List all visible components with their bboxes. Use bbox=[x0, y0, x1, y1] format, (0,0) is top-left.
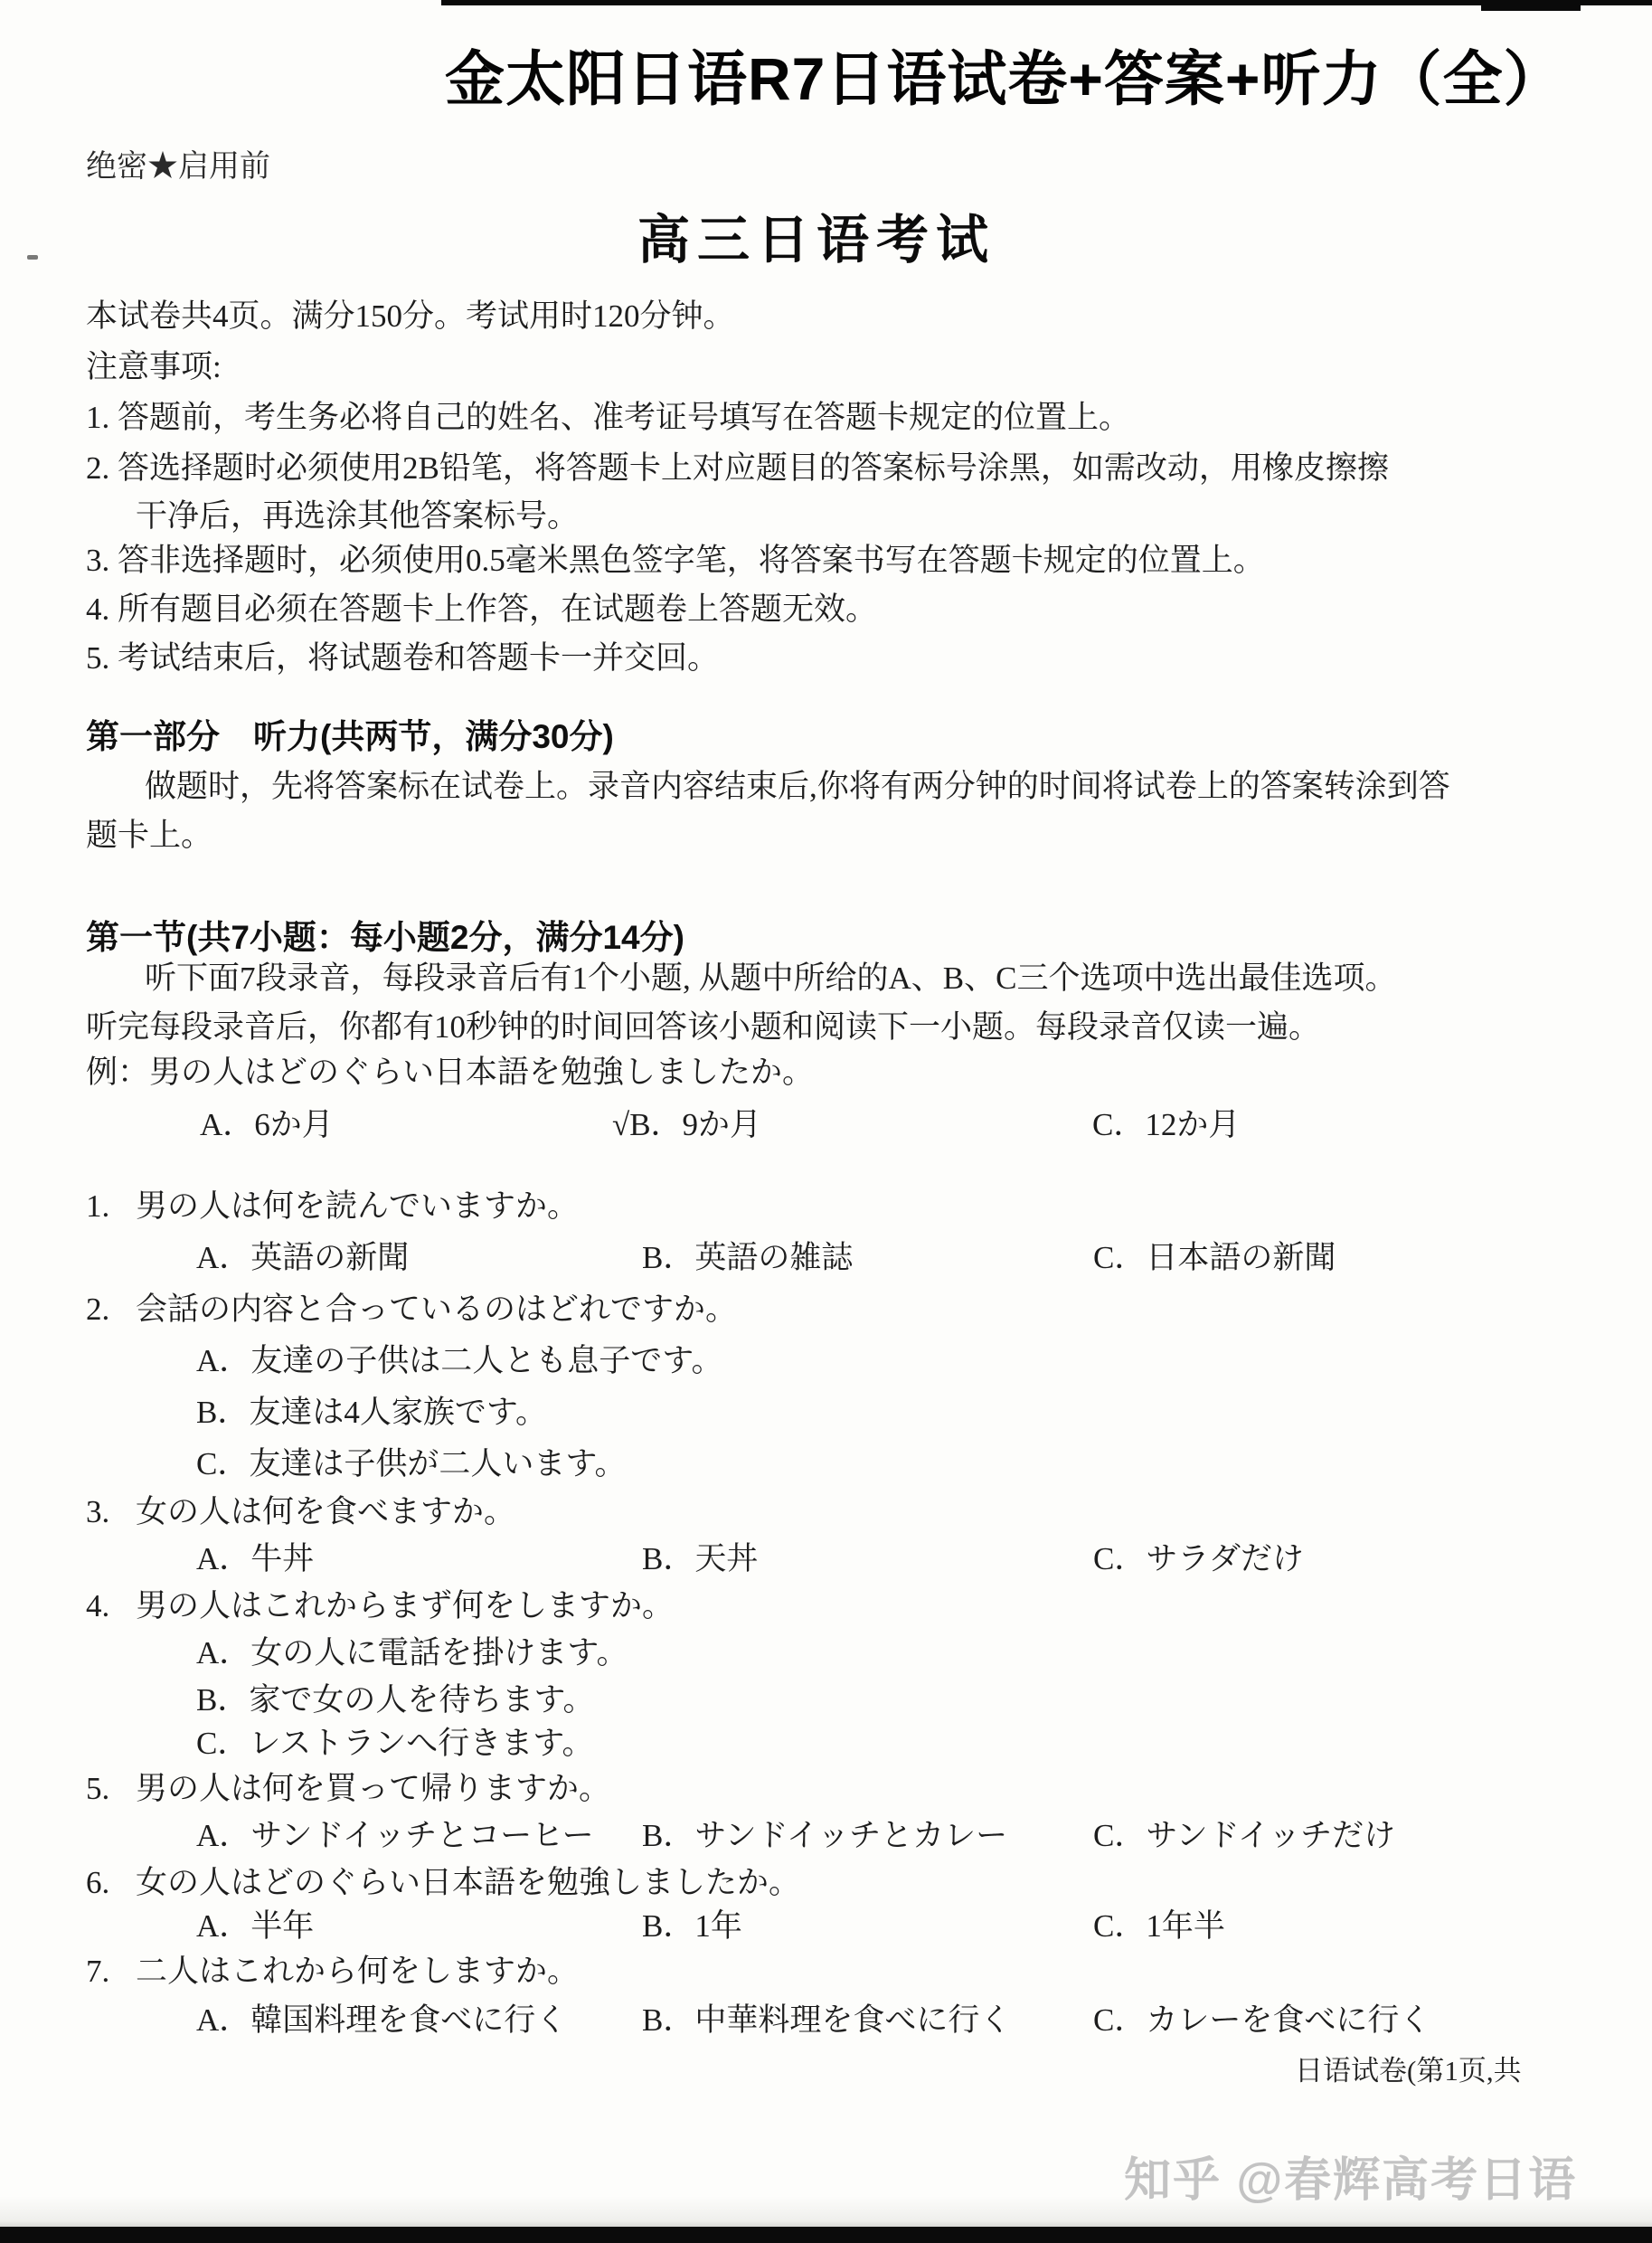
question-2: 2. 会話の内容と合っているのはどれですか。 bbox=[86, 1290, 737, 1330]
example-text: 男の人はどのぐらい日本語を勉強しましたか。 bbox=[149, 1055, 814, 1090]
option-b: B．サンドイッチとカレー bbox=[642, 1816, 1007, 1856]
option-a: A．牛丼 bbox=[196, 1539, 314, 1579]
option-b: B．1年 bbox=[642, 1907, 742, 1946]
question-text: 男の人は何を読んでいますか。 bbox=[136, 1187, 579, 1226]
section1-intro-line-1: 听下面7段录音，每段录音后有1个小题, 从题中所给的A、B、C三个选项中选出最佳… bbox=[86, 959, 1396, 998]
question-text: 女の人はどのぐらい日本語を勉強しましたか。 bbox=[136, 1863, 800, 1903]
notice-line-2: 2. 答选择题时必须使用2B铅笔，将答题卡上对应题目的答案标号涂黑，如需改动，用… bbox=[86, 449, 1389, 488]
question-number: 7. bbox=[86, 1952, 109, 1992]
option-b: B．天丼 bbox=[642, 1539, 758, 1579]
question-text: 男の人は何を買って帰りますか。 bbox=[136, 1769, 610, 1809]
exam-info: 本试卷共4页。满分150分。考试用时120分钟。 bbox=[86, 297, 735, 336]
notices-heading: 注意事项: bbox=[86, 347, 222, 387]
example-question: 例：男の人はどのぐらい日本語を勉強しましたか。 bbox=[86, 1053, 814, 1093]
question-number: 3. bbox=[86, 1492, 109, 1532]
option-c: C．1年半 bbox=[1093, 1907, 1225, 1946]
question-7-options: A．韓国料理を食べに行く B．中華料理を食べに行く C．カレーを食べに行く bbox=[86, 2001, 1569, 2046]
example-option-c: C．12か月 bbox=[1092, 1105, 1240, 1145]
option-b: B．中華料理を食べに行く bbox=[642, 2001, 1011, 2040]
part1-heading: 第一部分 听力(共两节，满分30分) bbox=[86, 716, 614, 758]
exam-paper-scan: 金太阳日语R7日语试卷+答案+听力（全） 绝密★启用前 高三日语考试 本试卷共4… bbox=[0, 0, 1652, 2243]
question-text: 男の人はこれからまず何をしますか。 bbox=[136, 1586, 674, 1626]
promo-title: 金太阳日语R7日语试卷+答案+听力（全） bbox=[445, 31, 1563, 117]
question-1-options: A．英語の新聞 B．英語の雑誌 C．日本語の新聞 bbox=[86, 1238, 1569, 1283]
scan-bottom-smudge bbox=[0, 2196, 1652, 2227]
example-option-row: A．6か月 √B．9か月 C．12か月 bbox=[86, 1105, 1569, 1150]
option-b: B．友達は4人家族です。 bbox=[86, 1393, 547, 1433]
question-7: 7. 二人はこれから何をしますか。 bbox=[86, 1952, 579, 1992]
question-3: 3. 女の人は何を食べますか。 bbox=[86, 1492, 515, 1532]
option-c: C．レストランへ行きます。 bbox=[86, 1724, 594, 1764]
question-4: 4. 男の人はこれからまず何をしますか。 bbox=[86, 1586, 674, 1626]
option-a: A．サンドイッチとコーヒー bbox=[196, 1816, 594, 1856]
option-c: C．カレーを食べに行く bbox=[1093, 2001, 1430, 2040]
option-b: B．家で女の人を待ちます。 bbox=[86, 1680, 595, 1720]
section1-intro-line-2: 听完每段录音后，你都有10秒钟的时间回答该小题和阅读下一小题。每段录音仅读一遍。 bbox=[86, 1008, 1320, 1047]
option-a: A．英語の新聞 bbox=[196, 1238, 409, 1278]
notice-line-1: 1. 答题前，考生务必将自己的姓名、准考证号填写在答题卡规定的位置上。 bbox=[86, 398, 1130, 438]
option-c: C．友達は子供が二人います。 bbox=[86, 1444, 627, 1484]
option-c: C．サンドイッチだけ bbox=[1093, 1816, 1395, 1856]
question-6: 6. 女の人はどのぐらい日本語を勉強しましたか。 bbox=[86, 1863, 800, 1903]
option-a: A．友達の子供は二人とも息子です。 bbox=[86, 1341, 722, 1381]
question-5-options: A．サンドイッチとコーヒー B．サンドイッチとカレー C．サンドイッチだけ bbox=[86, 1816, 1569, 1861]
question-number: 6. bbox=[86, 1863, 109, 1903]
notice-line-3: 3. 答非选择题时，必须使用0.5毫米黑色签字笔，将答案书写在答题卡规定的位置上… bbox=[86, 541, 1265, 581]
notice-line-2b: 干净后，再选涂其他答案标号。 bbox=[86, 497, 579, 536]
secrecy-label: 绝密★启用前 bbox=[86, 141, 270, 185]
option-a: A．韓国料理を食べに行く bbox=[196, 2001, 567, 2040]
question-number: 1. bbox=[86, 1187, 109, 1226]
question-number: 2. bbox=[86, 1290, 109, 1330]
notice-line-5: 5. 考试结束后，将试题卷和答题卡一并交回。 bbox=[86, 639, 719, 678]
question-text: 会話の内容と合っているのはどれですか。 bbox=[136, 1290, 737, 1330]
option-b: B．英語の雑誌 bbox=[642, 1238, 853, 1278]
section1-heading: 第一节(共7小题：每小题2分，满分14分) bbox=[86, 917, 684, 959]
example-option-b-checked: √B．9か月 bbox=[612, 1105, 761, 1145]
scan-edge-blob bbox=[1481, 0, 1581, 11]
notice-line-4: 4. 所有题目必须在答题卡上作答，在试题卷上答题无效。 bbox=[86, 590, 877, 629]
example-label: 例： bbox=[86, 1055, 149, 1090]
option-a: A．女の人に電話を掛けます。 bbox=[86, 1633, 628, 1673]
scan-edge-line bbox=[441, 0, 1652, 5]
question-1: 1. 男の人は何を読んでいますか。 bbox=[86, 1187, 579, 1226]
question-6-options: A．半年 B．1年 C．1年半 bbox=[86, 1907, 1569, 1952]
page-footer-label: 日语试卷(第1页,共 bbox=[1295, 2048, 1522, 2088]
example-option-a: A．6か月 bbox=[200, 1105, 334, 1145]
question-number: 4. bbox=[86, 1586, 109, 1626]
exam-title: 高三日语考试 bbox=[0, 197, 1633, 273]
option-c: C．サラダだけ bbox=[1093, 1539, 1304, 1579]
question-text: 二人はこれから何をしますか。 bbox=[136, 1952, 579, 1992]
scan-bottom-edge bbox=[0, 2227, 1652, 2243]
part1-intro-line-2: 题卡上。 bbox=[86, 816, 212, 856]
question-3-options: A．牛丼 B．天丼 C．サラダだけ bbox=[86, 1539, 1569, 1585]
option-a: A．半年 bbox=[196, 1907, 314, 1946]
question-5: 5. 男の人は何を買って帰りますか。 bbox=[86, 1769, 610, 1809]
option-c: C．日本語の新聞 bbox=[1093, 1238, 1336, 1278]
question-number: 5. bbox=[86, 1769, 109, 1809]
question-text: 女の人は何を食べますか。 bbox=[136, 1492, 515, 1532]
part1-intro-line-1: 做题时，先将答案标在试卷上。录音内容结束后,你将有两分钟的时间将试卷上的答案转涂… bbox=[86, 767, 1450, 807]
